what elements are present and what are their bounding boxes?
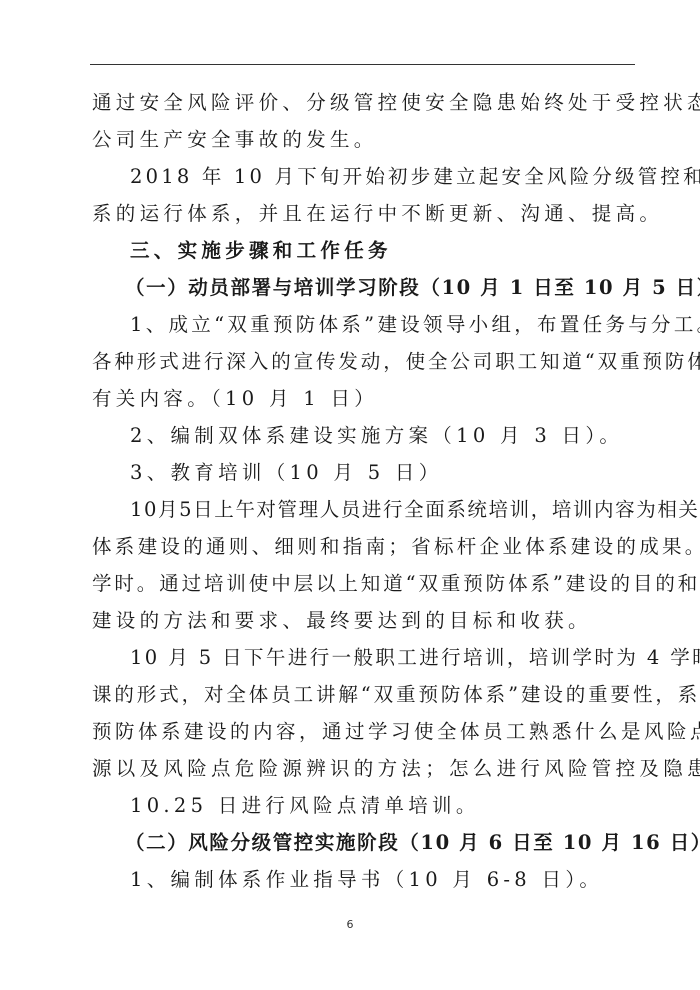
paragraph-line: 源以及风险点危险源辨识的方法；怎么进行风险管控及隐患排查。 (92, 750, 634, 787)
paragraph-line: 有关内容。（10 月 1 日） (92, 380, 634, 417)
page-number: 6 (0, 918, 700, 931)
paragraph-line: 通过安全风险评价、分级管控使安全隐患始终处于受控状态，杜绝和减少本 (92, 84, 634, 121)
paragraph-line: 课的形式，对全体员工讲解“双重预防体系”建设的重要性，系统学习双重 (92, 676, 634, 713)
paragraph-line: 2018 年 10 月下旬开始初步建立起安全风险分级管控和隐患排查治理体 (92, 158, 634, 195)
paragraph-line: 10月5日上午对管理人员进行全面系统培训，培训内容为相关法律法规； (92, 491, 634, 528)
subsection-heading: （一）动员部署与培训学习阶段（10 月 1 日至 10 月 5 日） (92, 269, 634, 306)
section-heading: 三、实施步骤和工作任务 (92, 232, 634, 269)
paragraph-line: 10.25 日进行风险点清单培训。 (92, 787, 634, 824)
paragraph-line: 系的运行体系，并且在运行中不断更新、沟通、提高。 (92, 195, 634, 232)
paragraph-line: 体系建设的通则、细则和指南；省标杆企业体系建设的成果。培训学时为 4 (92, 528, 634, 565)
subsection-heading: （二）风险分级管控实施阶段（10 月 6 日至 10 月 16 日） (92, 824, 634, 861)
document-body: 通过安全风险评价、分级管控使安全隐患始终处于受控状态，杜绝和减少本 公司生产安全… (92, 84, 634, 898)
paragraph-line: 10 月 5 日下午进行一般职工进行培训，培训学时为 4 学时。采用集中上 (92, 639, 634, 676)
paragraph-line: 3、教育培训（10 月 5 日） (92, 454, 634, 491)
paragraph-line: 预防体系建设的内容，通过学习使全体员工熟悉什么是风险点，什么是危险 (92, 713, 634, 750)
paragraph-line: 公司生产安全事故的发生。 (92, 121, 634, 158)
header-rule (90, 64, 635, 65)
paragraph-line: 1、成立“双重预防体系”建设领导小组，布置任务与分工。同时利用 (92, 306, 634, 343)
paragraph-line: 各种形式进行深入的宣传发动，使全公司职工知道“双重预防体系”建设的 (92, 343, 634, 380)
paragraph-line: 2、编制双体系建设实施方案（10 月 3 日）。 (92, 417, 634, 454)
paragraph-line: 建设的方法和要求、最终要达到的目标和收获。 (92, 602, 634, 639)
paragraph-line: 学时。通过培训使中层以上知道“双重预防体系”建设的目的和意义、体系 (92, 565, 634, 602)
paragraph-line: 1、编制体系作业指导书（10 月 6-8 日）。 (92, 861, 634, 898)
